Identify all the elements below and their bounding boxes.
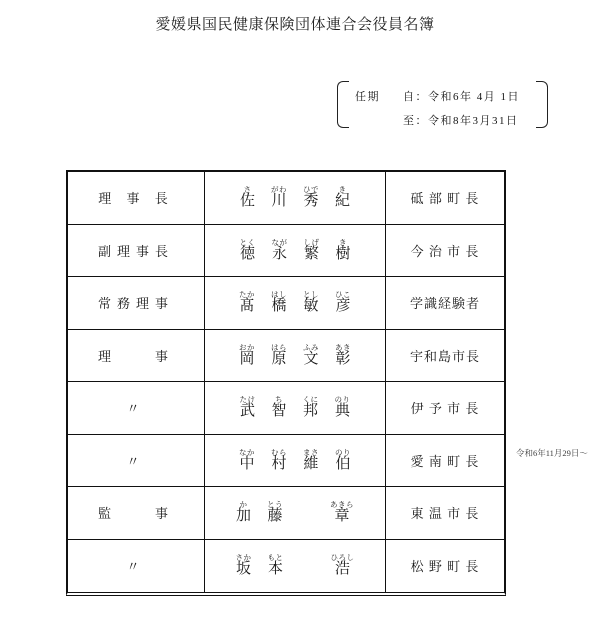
name-cell: 坂さか本もと 浩ひろし: [205, 540, 386, 593]
name-cell: 中なか村むら維まさ伯のり: [205, 435, 386, 488]
right-bracket: [536, 81, 548, 128]
name-kanji-with-furigana: 邦くに: [303, 395, 319, 420]
role-cell: 〃: [68, 435, 205, 488]
name-kanji-with-furigana: 坂さか: [236, 553, 252, 578]
position-cell: 砥 部 町 長: [386, 172, 504, 225]
officer-table: 理 事 長 佐さ川がわ秀ひで紀き 砥 部 町 長 副理事長 徳とく永なが繁しげ樹…: [68, 172, 504, 592]
position-cell: 愛 南 町 長: [386, 435, 504, 488]
name-kanji-with-furigana: 樹き: [335, 238, 350, 263]
name-kanji-with-furigana: 加か: [236, 500, 251, 525]
position-cell: 伊 予 市 長: [386, 382, 504, 435]
role-cell: 〃: [68, 540, 205, 593]
name-kanji-with-furigana: 彰あき: [335, 343, 351, 368]
name-kanji-with-furigana: 彦ひこ: [335, 290, 351, 315]
left-bracket: [337, 81, 349, 128]
name-kanji-with-furigana: 伯のり: [335, 448, 351, 473]
name-kanji-with-furigana: 川がわ: [271, 185, 287, 210]
name-cell: 髙たか橋はし敏とし彦ひこ: [205, 277, 386, 330]
name-spacer: [300, 555, 315, 576]
name-kanji-with-furigana: 章あきら: [330, 500, 354, 525]
name-kanji-with-furigana: 秀ひで: [303, 185, 319, 210]
page-title: 愛媛県国民健康保険団体連合会役員名簿: [0, 13, 590, 34]
name-kanji-with-furigana: 典のり: [335, 395, 351, 420]
officer-table-wrap: 理 事 長 佐さ川がわ秀ひで紀き 砥 部 町 長 副理事長 徳とく永なが繁しげ樹…: [66, 170, 506, 596]
role-cell: 理 事 長: [68, 172, 205, 225]
name-kanji-with-furigana: 武たけ: [239, 395, 255, 420]
appointment-start-note: 令和6年11月29日～: [516, 447, 588, 459]
name-kanji-with-furigana: 紀き: [335, 185, 350, 210]
name-kanji-with-furigana: 浩ひろし: [331, 553, 355, 578]
name-cell: 加か藤とう 章あきら: [205, 487, 386, 540]
role-cell: 〃: [68, 382, 205, 435]
position-cell: 松 野 町 長: [386, 540, 504, 593]
term-from-date: 自：令和6年 4月 1日: [403, 88, 520, 104]
term-bracket-box: 任期 自：令和6年 4月 1日 至：令和8年3月31日: [337, 81, 548, 128]
name-kanji-with-furigana: 永なが: [271, 238, 287, 263]
name-kanji-with-furigana: 本もと: [268, 553, 284, 578]
name-kanji-with-furigana: 敏とし: [303, 290, 319, 315]
term-to-date: 至：令和8年3月31日: [403, 112, 519, 128]
name-kanji-with-furigana: 村むら: [271, 448, 287, 473]
role-cell: 常務理事: [68, 277, 205, 330]
name-kanji-with-furigana: 髙たか: [239, 290, 255, 315]
term-label: 任期: [355, 88, 380, 104]
name-kanji-with-furigana: 佐さ: [240, 185, 255, 210]
name-cell: 武たけ智ち邦くに典のり: [205, 382, 386, 435]
name-kanji-with-furigana: 原はら: [271, 343, 287, 368]
position-cell: 今 治 市 長: [386, 225, 504, 278]
name-cell: 佐さ川がわ秀ひで紀き: [205, 172, 386, 225]
name-kanji-with-furigana: 徳とく: [239, 238, 255, 263]
role-cell: 監 事: [68, 487, 205, 540]
role-cell: 副理事長: [68, 225, 205, 278]
name-kanji-with-furigana: 岡おか: [239, 343, 255, 368]
name-kanji-with-furigana: 維まさ: [303, 448, 319, 473]
name-kanji-with-furigana: 中なか: [239, 448, 255, 473]
position-cell: 学識経験者: [386, 277, 504, 330]
name-kanji-with-furigana: 藤とう: [267, 500, 283, 525]
name-cell: 徳とく永なが繁しげ樹き: [205, 225, 386, 278]
name-kanji-with-furigana: 橋はし: [271, 290, 287, 315]
name-spacer: [299, 502, 314, 523]
name-kanji-with-furigana: 繁しげ: [303, 238, 319, 263]
role-cell: 理 事: [68, 330, 205, 383]
name-cell: 岡おか原はら文ふみ彰あき: [205, 330, 386, 383]
name-kanji-with-furigana: 文ふみ: [303, 343, 319, 368]
name-kanji-with-furigana: 智ち: [271, 395, 286, 420]
position-cell: 宇和島市長: [386, 330, 504, 383]
position-cell: 東 温 市 長: [386, 487, 504, 540]
